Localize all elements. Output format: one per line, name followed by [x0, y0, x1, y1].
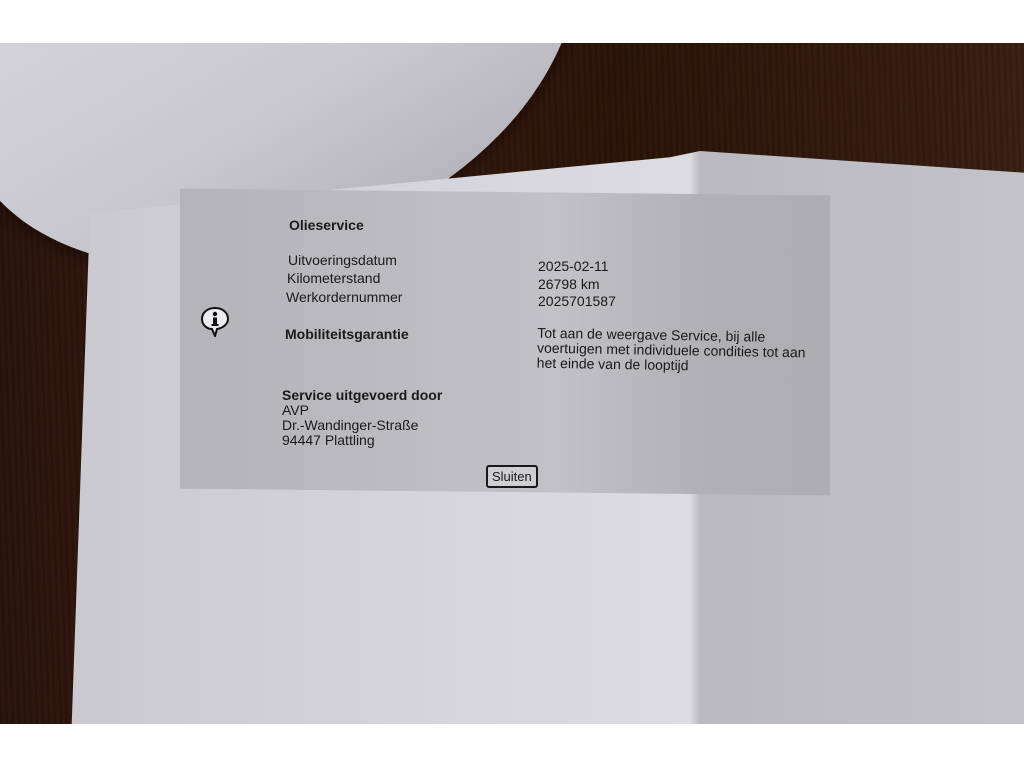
close-button[interactable]: Sluiten: [486, 465, 538, 488]
field-value-order: 2025701587: [538, 293, 616, 309]
mobility-label: Mobiliteitsgarantie: [285, 326, 409, 342]
performed-by-label: Service uitgevoerd door: [282, 388, 442, 403]
field-label-order: Werkordernummer: [286, 289, 402, 305]
dealer-name: AVP: [282, 403, 442, 418]
field-value-mileage: 26798 km: [538, 276, 599, 292]
field-label-date: Uitvoeringsdatum: [288, 252, 397, 268]
dealer-street: Dr.-Wandinger-Straße: [282, 418, 442, 433]
dealer-city: 94447 Plattling: [282, 433, 442, 448]
field-label-mileage: Kilometerstand: [287, 270, 380, 286]
mobility-text: Tot aan de weergave Service, bij alle vo…: [537, 326, 808, 376]
field-value-date: 2025-02-11: [538, 258, 609, 274]
performed-by-block: Service uitgevoerd door AVP Dr.-Wandinge…: [282, 388, 442, 448]
info-icon: [199, 305, 231, 337]
dialog-title: Olieservice: [289, 217, 364, 233]
